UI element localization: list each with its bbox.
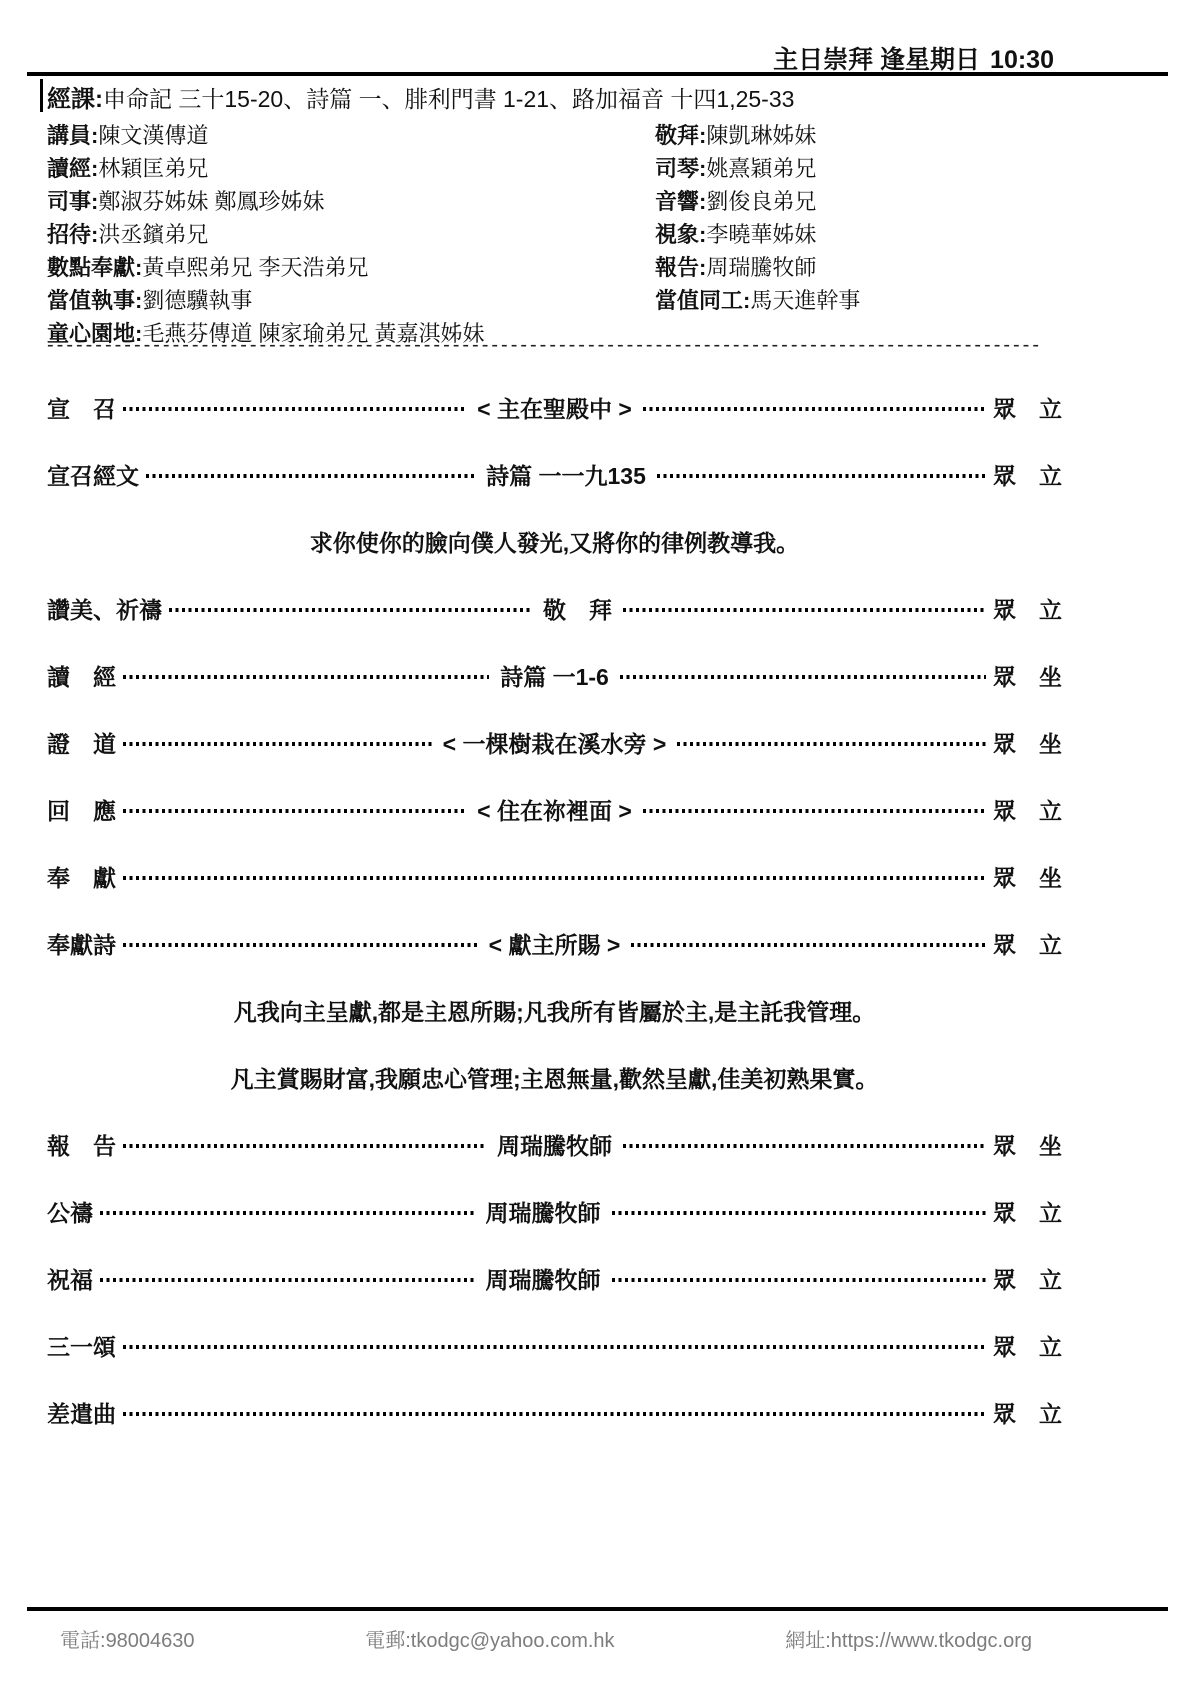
- footer-phone: 電話:98004630: [60, 1624, 195, 1653]
- service-item-posture: 眾 立: [993, 1396, 1062, 1429]
- service-item-posture: 眾 坐: [993, 726, 1062, 759]
- service-item-title: 讀 經: [47, 659, 116, 692]
- worship-header-title: 主日崇拜 逢星期日: [773, 46, 980, 74]
- dot-leader: [643, 809, 986, 813]
- roster-label: 敬拜:: [655, 123, 706, 148]
- roster-value: 周瑞騰牧師: [706, 255, 816, 280]
- dot-leader: [123, 876, 986, 880]
- service-row: 公禱 周瑞騰牧師 眾 立: [47, 1178, 1062, 1245]
- roster-value: 陳文漢傳道: [98, 123, 208, 148]
- scripture-label: 經課:: [47, 86, 103, 113]
- service-item-posture: 眾 立: [993, 458, 1062, 491]
- roster-label: 司琴:: [655, 156, 706, 181]
- service-item-content: 周瑞騰牧師: [482, 1195, 605, 1228]
- service-item-content: 敬 拜: [539, 592, 616, 625]
- roster-label: 數點奉獻:: [47, 255, 142, 280]
- service-item-title: 宣召經文: [47, 458, 139, 491]
- service-item-content: < 獻主所賜 >: [485, 927, 625, 960]
- service-row: 回 應 < 住在祢裡面 > 眾 立: [47, 776, 1062, 843]
- service-item-title: 三一頌: [47, 1329, 116, 1362]
- roster: 講員:陳文漢傳道 讀經:林穎匡弟兄 司事:鄭淑芬姊妹 鄭鳳珍姊妹 招待:洪丞鑌弟…: [47, 119, 1063, 350]
- service-item-content: 周瑞騰牧師: [482, 1262, 605, 1295]
- roster-value: 劉俊良弟兄: [706, 189, 816, 214]
- roster-value: 林穎匡弟兄: [98, 156, 208, 181]
- dot-leader: [623, 608, 986, 612]
- roster-row: 報告:周瑞騰牧師: [655, 251, 1063, 284]
- info-block: 經課:申命記 三十15-20、詩篇 一、腓利門書 1-21、路加福音 十四1,2…: [47, 82, 1063, 350]
- footer-email-value: tkodgc@yahoo.com.hk: [411, 1630, 615, 1652]
- dot-leader: [623, 1144, 986, 1148]
- service-row: 證 道 < 一棵樹栽在溪水旁 > 眾 坐: [47, 709, 1062, 776]
- service-item-title: 回 應: [47, 793, 116, 826]
- roster-label: 報告:: [655, 255, 706, 280]
- verse-line: 凡我向主呈獻,都是主恩所賜;凡我所有皆屬於主,是主託我管理。: [47, 977, 1062, 1044]
- scripture-row: 經課:申命記 三十15-20、詩篇 一、腓利門書 1-21、路加福音 十四1,2…: [47, 82, 1063, 117]
- service-item-title: 報 告: [47, 1128, 116, 1161]
- dot-leader: [620, 675, 986, 679]
- roster-row: 司琴:姚熹穎弟兄: [655, 152, 1063, 185]
- service-row: 祝福 周瑞騰牧師 眾 立: [47, 1245, 1062, 1312]
- worship-time: 10:30: [990, 46, 1054, 74]
- roster-label: 當值同工:: [655, 288, 750, 313]
- service-item-content: 周瑞騰牧師: [493, 1128, 616, 1161]
- service-item-posture: 眾 坐: [993, 860, 1062, 893]
- roster-value: 陳凱琳姊妹: [706, 123, 816, 148]
- roster-value: 黃卓熙弟兄 李天浩弟兄: [142, 255, 368, 280]
- dot-leader: [146, 474, 475, 478]
- dot-leader: [123, 1345, 986, 1349]
- roster-label: 讀經:: [47, 156, 98, 181]
- footer-website-value: https://www.tkodgc.org: [831, 1630, 1032, 1652]
- roster-row: 敬拜:陳凱琳姊妹: [655, 119, 1063, 152]
- dot-leader: [612, 1211, 987, 1215]
- dot-leader: [123, 943, 478, 947]
- roster-label: 視象:: [655, 222, 706, 247]
- worship-header: 主日崇拜 逢星期日10:30: [773, 40, 1054, 76]
- verse-line: 求你使你的臉向僕人發光,又將你的律例教導我。: [47, 508, 1062, 575]
- roster-row: 視象:李曉華姊妹: [655, 218, 1063, 251]
- service-item-posture: 眾 立: [993, 391, 1062, 424]
- service-item-posture: 眾 立: [993, 1195, 1062, 1228]
- dashed-separator: ----------------------------------------…: [47, 334, 1039, 360]
- top-rule: [27, 72, 1168, 76]
- roster-label: 司事:: [47, 189, 98, 214]
- dot-leader: [123, 1144, 486, 1148]
- dot-leader: [169, 608, 532, 612]
- service-item-posture: 眾 立: [993, 793, 1062, 826]
- roster-row: 當值同工:馬天進幹事: [655, 284, 1063, 317]
- service-row: 報 告 周瑞騰牧師 眾 坐: [47, 1111, 1062, 1178]
- service-item-content: 詩篇 一一九135: [482, 458, 650, 491]
- dot-leader: [100, 1278, 475, 1282]
- service-row: 奉獻詩 < 獻主所賜 > 眾 立: [47, 910, 1062, 977]
- service-item-content: < 主在聖殿中 >: [473, 391, 636, 424]
- roster-column-right: 敬拜:陳凱琳姊妹 司琴:姚熹穎弟兄 音響:劉俊良弟兄 視象:李曉華姊妹 報告:周…: [655, 119, 1063, 350]
- roster-value: 姚熹穎弟兄: [706, 156, 816, 181]
- roster-column-left: 講員:陳文漢傳道 讀經:林穎匡弟兄 司事:鄭淑芬姊妹 鄭鳳珍姊妹 招待:洪丞鑌弟…: [47, 119, 655, 350]
- roster-value: 李曉華姊妹: [706, 222, 816, 247]
- service-item-title: 奉獻詩: [47, 927, 116, 960]
- dot-leader: [123, 809, 466, 813]
- roster-value: 馬天進幹事: [750, 288, 860, 313]
- roster-label: 當值執事:: [47, 288, 142, 313]
- dot-leader: [612, 1278, 987, 1282]
- dot-leader: [677, 742, 986, 746]
- roster-value: 鄭淑芬姊妹 鄭鳳珍姊妹: [98, 189, 324, 214]
- footer-phone-label: 電話:: [60, 1630, 106, 1652]
- service-item-content: 詩篇 一1-6: [496, 659, 613, 692]
- service-item-posture: 眾 立: [993, 1329, 1062, 1362]
- scripture-value: 申命記 三十15-20、詩篇 一、腓利門書 1-21、路加福音 十四1,25-3…: [103, 86, 794, 112]
- dot-leader: [123, 675, 489, 679]
- bulletin-page: { "header": { "title": "主日崇拜 逢星期日", "tim…: [0, 0, 1200, 1697]
- verse-line: 凡主賞賜財富,我願忠心管理;主恩無量,歡然呈獻,佳美初熟果實。: [47, 1044, 1062, 1111]
- service-row: 讚美、祈禱 敬 拜 眾 立: [47, 575, 1062, 642]
- dot-leader: [123, 742, 432, 746]
- service-item-title: 奉 獻: [47, 860, 116, 893]
- roster-value: 劉德驥執事: [142, 288, 252, 313]
- footer-website-label: 網址:: [785, 1630, 831, 1652]
- dot-leader: [100, 1211, 475, 1215]
- bottom-rule: [27, 1607, 1168, 1611]
- service-row: 差遣曲 眾 立: [47, 1379, 1062, 1446]
- footer-website: 網址:https://www.tkodgc.org: [785, 1624, 1032, 1653]
- service-row: 讀 經 詩篇 一1-6 眾 坐: [47, 642, 1062, 709]
- service-row: 宣 召 < 主在聖殿中 > 眾 立: [47, 374, 1062, 441]
- footer-email-label: 電郵:: [365, 1630, 411, 1652]
- roster-row: 招待:洪丞鑌弟兄: [47, 218, 655, 251]
- service-item-title: 宣 召: [47, 391, 116, 424]
- dot-leader: [123, 407, 466, 411]
- service-program: 宣 召 < 主在聖殿中 > 眾 立 宣召經文 詩篇 一一九135 眾 立 求你使…: [47, 374, 1062, 1446]
- left-border-tick: [40, 79, 43, 112]
- dot-leader: [123, 1412, 986, 1416]
- service-item-posture: 眾 立: [993, 1262, 1062, 1295]
- service-item-posture: 眾 坐: [993, 659, 1062, 692]
- service-item-content: < 住在祢裡面 >: [473, 793, 636, 826]
- roster-row: 講員:陳文漢傳道: [47, 119, 655, 152]
- footer: 電話:98004630 電郵:tkodgc@yahoo.com.hk 網址:ht…: [0, 1624, 1200, 1653]
- roster-label: 音響:: [655, 189, 706, 214]
- service-item-content: < 一棵樹栽在溪水旁 >: [439, 726, 671, 759]
- roster-row: 司事:鄭淑芬姊妹 鄭鳳珍姊妹: [47, 185, 655, 218]
- service-item-title: 讚美、祈禱: [47, 592, 162, 625]
- roster-value: 洪丞鑌弟兄: [98, 222, 208, 247]
- dot-leader: [643, 407, 986, 411]
- service-item-title: 證 道: [47, 726, 116, 759]
- roster-label: 講員:: [47, 123, 98, 148]
- roster-row: 當值執事:劉德驥執事: [47, 284, 655, 317]
- service-item-title: 公禱: [47, 1195, 93, 1228]
- dot-leader: [657, 474, 986, 478]
- service-item-title: 祝福: [47, 1262, 93, 1295]
- service-row: 三一頌 眾 立: [47, 1312, 1062, 1379]
- service-item-title: 差遣曲: [47, 1396, 116, 1429]
- roster-row: 讀經:林穎匡弟兄: [47, 152, 655, 185]
- footer-email: 電郵:tkodgc@yahoo.com.hk: [365, 1624, 614, 1653]
- service-row: 宣召經文 詩篇 一一九135 眾 立: [47, 441, 1062, 508]
- dot-leader: [631, 943, 986, 947]
- roster-row: 音響:劉俊良弟兄: [655, 185, 1063, 218]
- service-item-posture: 眾 立: [993, 927, 1062, 960]
- roster-row: 數點奉獻:黃卓熙弟兄 李天浩弟兄: [47, 251, 655, 284]
- roster-label: 招待:: [47, 222, 98, 247]
- service-item-posture: 眾 坐: [993, 1128, 1062, 1161]
- service-item-posture: 眾 立: [993, 592, 1062, 625]
- service-row: 奉 獻 眾 坐: [47, 843, 1062, 910]
- footer-phone-value: 98004630: [106, 1630, 195, 1652]
